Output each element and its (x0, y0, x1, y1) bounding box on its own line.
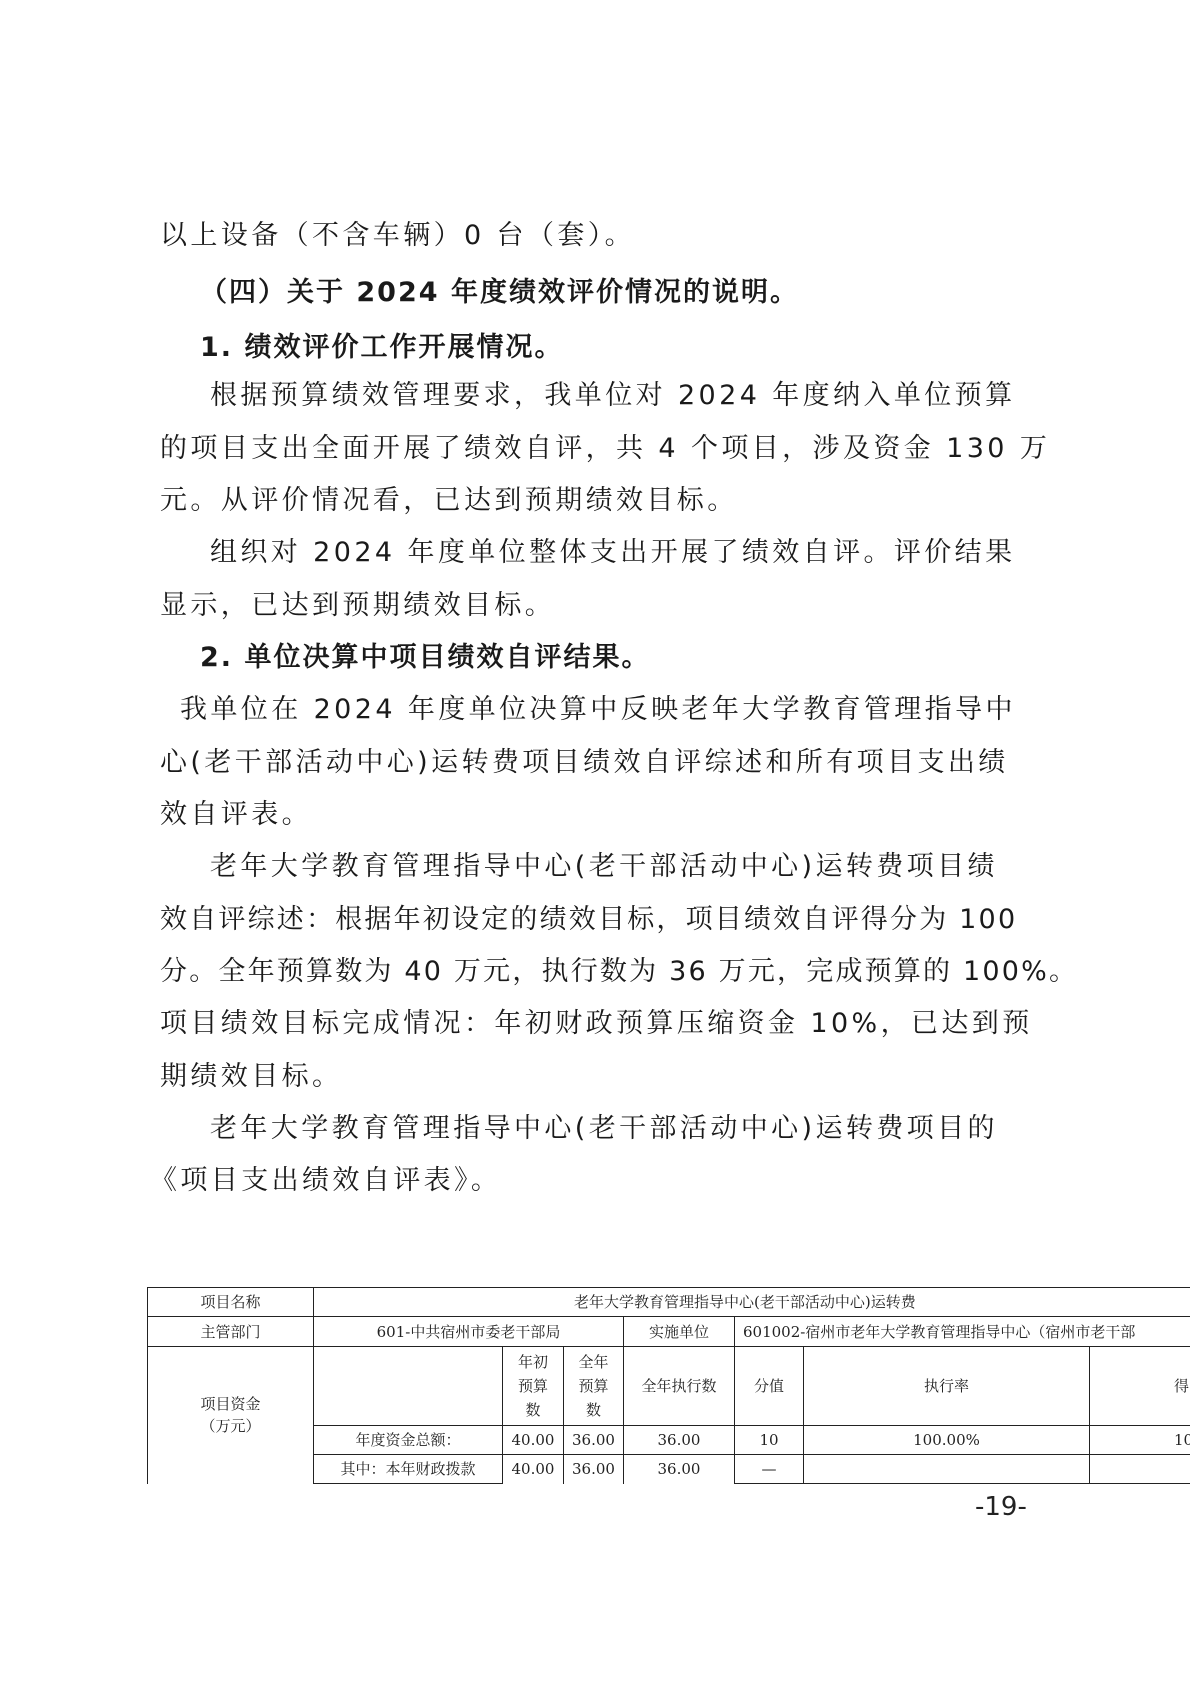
header-score: 得 (1090, 1347, 1190, 1426)
cell-score (1090, 1455, 1190, 1484)
cell-score-value: — (735, 1455, 804, 1484)
cell-score: 10. (1090, 1426, 1190, 1455)
paragraph-line: 我单位在 2024 年度单位决算中反映老年大学教育管理指导中 (180, 693, 1016, 727)
cell-initial-budget: 40.00 (503, 1426, 564, 1455)
table-row-project-name: 项目名称 老年大学教育管理指导中心(老干部活动中心)运转费 (148, 1288, 1190, 1317)
paragraph-line: 分。全年预算数为 40 万元，执行数为 36 万元，完成预算的 100%。 (160, 955, 1078, 989)
cell-annual-budget: 36.00 (564, 1426, 624, 1455)
cell-annual-budget: 36.00 (564, 1455, 624, 1484)
paragraph-line: 组织对 2024 年度单位整体支出开展了绩效自评。评价结果 (210, 536, 1015, 570)
department-label: 主管部门 (148, 1317, 314, 1347)
project-funds-label: 项目资金 （万元） (148, 1347, 314, 1484)
row-label: 其中：本年财政拨款 (314, 1455, 503, 1484)
department-value: 601-中共宿州市委老干部局 (314, 1317, 624, 1347)
cell-exec-rate (804, 1455, 1090, 1484)
paragraph-line: 效自评表。 (160, 798, 312, 832)
subheading-2: 2. 单位决算中项目绩效自评结果。 (200, 641, 650, 675)
subheading-1: 1. 绩效评价工作开展情况。 (200, 331, 563, 365)
paragraph-line: 根据预算绩效管理要求，我单位对 2024 年度纳入单位预算 (210, 379, 1015, 413)
table-row-funds-header: 项目资金 （万元） 年初预算数 全年预算数 全年执行数 分值 执行率 得 (148, 1347, 1190, 1426)
project-funds-label-line2: （万元） (150, 1415, 311, 1437)
cell-initial-budget: 40.00 (503, 1455, 564, 1484)
header-exec-rate: 执行率 (804, 1347, 1090, 1426)
header-annual-budget: 全年预算数 (564, 1347, 624, 1426)
project-name-value: 老年大学教育管理指导中心(老干部活动中心)运转费 (314, 1288, 1190, 1317)
header-initial-budget: 年初预算数 (503, 1347, 564, 1426)
cell-executed: 36.00 (624, 1426, 735, 1455)
paragraph-line: 心(老干部活动中心)运转费项目绩效自评综述和所有项目支出绩 (160, 746, 1009, 780)
header-score-value: 分值 (735, 1347, 804, 1426)
row-label: 年度资金总额： (314, 1426, 503, 1455)
paragraph-line: 的项目支出全面开展了绩效自评，共 4 个项目，涉及资金 130 万 (160, 432, 1050, 466)
text-line: 以上设备（不含车辆）0 台（套）。 (160, 219, 635, 253)
implementing-unit-label: 实施单位 (624, 1317, 735, 1347)
implementing-unit-value: 601002-宿州市老年大学教育管理指导中心（宿州市老干部 (735, 1317, 1190, 1347)
paragraph-line: 老年大学教育管理指导中心(老干部活动中心)运转费项目的 (210, 1112, 998, 1146)
project-name-label: 项目名称 (148, 1288, 314, 1317)
paragraph-line: 《项目支出绩效自评表》。 (150, 1164, 501, 1198)
header-executed: 全年执行数 (624, 1347, 735, 1426)
paragraph-line: 期绩效目标。 (160, 1060, 342, 1094)
cell-score-value: 10 (735, 1426, 804, 1455)
page-number: -19- (975, 1492, 1027, 1522)
project-funds-label-line1: 项目资金 (150, 1393, 311, 1415)
paragraph-line: 元。从评价情况看，已达到预期绩效目标。 (160, 484, 738, 518)
paragraph-line: 老年大学教育管理指导中心(老干部活动中心)运转费项目绩 (210, 850, 998, 884)
cell-exec-rate: 100.00% (804, 1426, 1090, 1455)
paragraph-line: 效自评综述：根据年初设定的绩效目标，项目绩效自评得分为 100 (160, 903, 1017, 937)
cell-executed: 36.00 (624, 1455, 735, 1484)
paragraph-line: 项目绩效目标完成情况：年初财政预算压缩资金 10%，已达到预 (160, 1007, 1033, 1041)
project-self-evaluation-table: 项目名称 老年大学教育管理指导中心(老干部活动中心)运转费 主管部门 601-中… (147, 1287, 1190, 1484)
section-heading-4: （四）关于 2024 年度绩效评价情况的说明。 (200, 276, 799, 310)
paragraph-line: 显示，已达到预期绩效目标。 (160, 589, 555, 623)
funds-header-blank (314, 1347, 503, 1426)
table-row-department: 主管部门 601-中共宿州市委老干部局 实施单位 601002-宿州市老年大学教… (148, 1317, 1190, 1347)
